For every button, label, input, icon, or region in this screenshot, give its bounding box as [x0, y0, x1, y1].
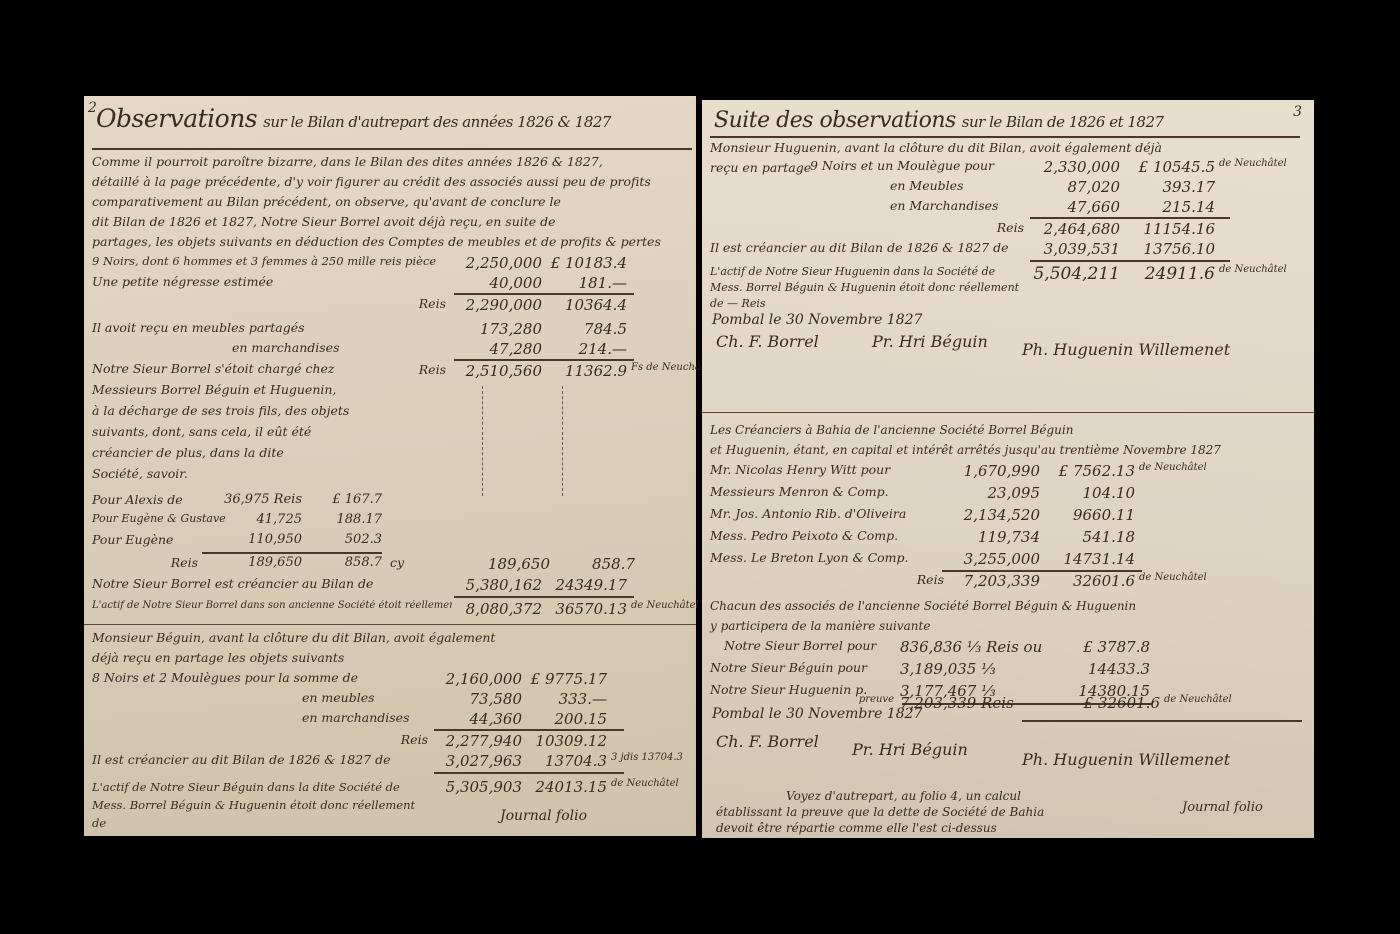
- text-line: Messieurs Borrel Béguin et Huguenin,: [92, 379, 362, 400]
- text-line: Chacun des associés de l'ancienne Sociét…: [710, 596, 1310, 616]
- reis-value: 1,670,990: [950, 462, 1040, 480]
- row-label: Il est créancier au dit Bilan de 1826 & …: [710, 240, 1030, 258]
- creditor-name: Mr. Nicolas Henry Witt pour: [710, 462, 950, 480]
- dotted-guide: [482, 386, 483, 496]
- reis-value: 36,975 Reis: [202, 492, 302, 507]
- ledger-total-row: Reis 2,290,000 10364.4: [92, 296, 627, 314]
- row-label: Reis: [92, 732, 432, 750]
- reis-value: 73,580: [432, 690, 522, 708]
- livres-value: 10309.12: [522, 732, 607, 750]
- sum-rule: [454, 359, 634, 361]
- livres-value: 393.17: [1120, 178, 1215, 196]
- livres-value: 14731.14: [1040, 550, 1135, 568]
- row-label: 9 Noirs et un Moulègue pour: [710, 158, 1030, 176]
- reis-value: 87,020: [1030, 178, 1120, 196]
- text-line: y participera de la manière suivante: [710, 616, 1310, 636]
- reis-value: 2,277,940: [432, 732, 522, 750]
- ledger-total-row: Reis 2,464,680 11154.16: [710, 220, 1215, 238]
- reis-value: 40,000: [452, 274, 542, 292]
- row-label: Reis: [92, 296, 452, 314]
- reis-value: 2,330,000: [1030, 158, 1120, 176]
- text-line: déjà reçu en partage les objets suivants: [92, 648, 692, 668]
- livres-value: 10364.4: [542, 296, 627, 314]
- reis-value: 2,134,520: [950, 506, 1040, 524]
- livres-value: 24911.6: [1120, 264, 1215, 312]
- proof-label: preuve: [710, 694, 900, 712]
- row-label: Reis: [92, 555, 202, 573]
- text-line: comparativement au Bilan précédent, on o…: [92, 192, 692, 212]
- ledger-row: Pour Eugène & Gustave 41,725 188.17: [92, 512, 382, 527]
- creditor-name: Mess. Le Breton Lyon & Comp.: [710, 550, 950, 568]
- row-label: Il avoit reçu en meubles partagés: [92, 320, 452, 338]
- text-line: Les Créanciers à Bahia de l'ancienne Soc…: [710, 420, 1310, 440]
- livres-value: £ 3787.8: [1050, 638, 1150, 656]
- page-title: Suite des observationssur le Bilan de 18…: [714, 108, 1164, 133]
- row-label: L'actif de Notre Sieur Béguin dans la di…: [92, 778, 432, 832]
- ledger-row: Une petite négresse estimée 40,000 181.—: [92, 274, 627, 292]
- section-divider: [702, 412, 1314, 413]
- livres-value: 36570.13: [542, 600, 627, 618]
- associate-name: Notre Sieur Béguin pour: [710, 660, 900, 678]
- livres-value: £ 7562.13: [1040, 462, 1135, 480]
- text-line: devoit être répartie comme elle l'est ci…: [716, 820, 1176, 836]
- livres-value: £ 9775.17: [522, 670, 607, 688]
- reis-value: 41,725: [202, 512, 302, 527]
- ledger-row: Pour Eugène 110,950 502.3: [92, 532, 382, 547]
- signature-beguin: Pr. Hri Béguin: [852, 740, 968, 759]
- page-number: 3: [1293, 104, 1302, 120]
- ledger-total-row: L'actif de Notre Sieur Béguin dans la di…: [92, 778, 679, 832]
- place-date: Pombal le 30 Novembre 1827: [712, 310, 922, 330]
- reis-value: 8,080,372: [452, 600, 542, 618]
- livres-value: 784.5: [542, 320, 627, 338]
- journal-folio-note: Journal folio: [500, 808, 587, 824]
- right-manuscript-page: 3 Suite des observationssur le Bilan de …: [702, 100, 1314, 838]
- text-line: partages, les objets suivants en déducti…: [92, 232, 692, 252]
- reis-value: 23,095: [950, 484, 1040, 502]
- sum-rule: [454, 596, 634, 598]
- ledger-row: Il avoit reçu en meubles partagés 173,28…: [92, 320, 627, 338]
- row-label: en Meubles: [710, 178, 1030, 196]
- reis-value: 2,250,000: [452, 254, 542, 272]
- ledger-row: en meubles 73,580 333.—: [92, 690, 607, 708]
- livres-value: 13756.10: [1120, 240, 1215, 258]
- reis-value: 7,203,339 Reis: [900, 694, 1050, 712]
- reis-value: 189,650: [202, 555, 302, 573]
- livres-value: £ 32601.6: [1050, 694, 1160, 712]
- page-title: Observationssur le Bilan d'autrepart des…: [96, 104, 611, 133]
- row-label: Pour Eugène: [92, 532, 202, 547]
- closing-note: Voyez d'autrepart, au folio 4, un calcul…: [716, 788, 1176, 836]
- beguin-intro: Monsieur Béguin, avant la clôture du dit…: [92, 628, 692, 668]
- signature-borrel: Ch. F. Borrel: [716, 732, 819, 751]
- reis-value: 2,290,000: [452, 296, 542, 314]
- row-label: 8 Noirs et 2 Moulègues pour la somme de: [92, 670, 432, 688]
- ledger-row: en marchandises 47,280 214.—: [92, 340, 627, 358]
- title-sub: sur le Bilan de 1826 et 1827: [962, 113, 1164, 131]
- text-line: Monsieur Béguin, avant la clôture du dit…: [92, 628, 692, 648]
- text-line: dit Bilan de 1826 et 1827, Notre Sieur B…: [92, 212, 692, 232]
- reis-value: 3,189,035 ⅓: [900, 660, 1050, 678]
- livres-value: 9660.11: [1040, 506, 1135, 524]
- reis-value: 3,027,963: [432, 752, 522, 770]
- currency-note: de Neuchâtel: [1219, 264, 1287, 312]
- livres-value: 214.—: [542, 340, 627, 358]
- text-line: Voyez d'autrepart, au folio 4, un calcul: [716, 788, 1176, 804]
- carry-label: cy: [382, 555, 460, 573]
- ledger-row: Pour Alexis de 36,975 Reis £ 167.7: [92, 492, 382, 507]
- text-line: Société, savoir.: [92, 463, 362, 484]
- reis-value: 5,504,211: [1030, 264, 1120, 312]
- livres-value: 333.—: [522, 690, 607, 708]
- row-label: en marchandises: [92, 340, 452, 358]
- title-main: Suite des observations: [714, 108, 956, 133]
- sum-rule: [434, 729, 624, 731]
- currency-note: de Neuchâtel: [1164, 694, 1232, 712]
- creditor-row: Mr. Nicolas Henry Witt pour 1,670,990 £ …: [710, 462, 1207, 480]
- dotted-guide: [562, 386, 563, 496]
- row-label: Notre Sieur Borrel est créancier au Bila…: [92, 576, 452, 594]
- livres-value: 858.7: [302, 555, 382, 573]
- row-label: Reis: [710, 572, 950, 590]
- reis-value: 3,255,000: [950, 550, 1040, 568]
- row-label: L'actif de Notre Sieur Huguenin dans la …: [710, 264, 1030, 312]
- creditor-row: Messieurs Menron & Comp. 23,095 104.10: [710, 484, 1135, 502]
- intro-paragraph: Comme il pourroit paroître bizarre, dans…: [92, 152, 692, 252]
- correction-note: 3 jdis 13704.3: [611, 752, 683, 770]
- creditor-row: Mess. Pedro Peixoto & Comp. 119,734 541.…: [710, 528, 1135, 546]
- associates-intro: Chacun des associés de l'ancienne Sociét…: [710, 596, 1310, 636]
- divider: [92, 148, 692, 150]
- text-line: suivants, dont, sans cela, il eût été: [92, 421, 362, 442]
- reis-value: 2,160,000: [432, 670, 522, 688]
- ledger-row: Il est créancier au dit Bilan de 1826 & …: [92, 752, 683, 770]
- reis-value: 2,464,680: [1030, 220, 1120, 238]
- reis-value: 110,950: [202, 532, 302, 547]
- text-line: à la décharge de ses trois fils, des obj…: [92, 400, 362, 421]
- signature-huguenin: Ph. Huguenin Willemenet: [1022, 340, 1230, 359]
- row-label: en Marchandises: [710, 198, 1030, 216]
- ledger-row: 9 Noirs, dont 6 hommes et 3 femmes à 250…: [92, 254, 627, 272]
- currency-note: de Neuchâtel: [631, 600, 699, 618]
- row-label: Une petite négresse estimée: [92, 274, 452, 292]
- reis-value: 47,280: [452, 340, 542, 358]
- associate-row: Notre Sieur Borrel pour 836,836 ⅓ Reis o…: [710, 638, 1150, 656]
- ledger-row: Notre Sieur Borrel est créancier au Bila…: [92, 576, 627, 594]
- ledger-total-row: L'actif de Notre Sieur Borrel dans son a…: [92, 600, 699, 618]
- reis-value: 2,510,560: [452, 362, 542, 380]
- reis-value: 173,280: [452, 320, 542, 338]
- text-line: créancier de plus, dans la dite: [92, 442, 362, 463]
- livres-value: 104.10: [1040, 484, 1135, 502]
- row-label: en meubles: [92, 690, 432, 708]
- carry-livres-value: 858.7: [550, 555, 635, 573]
- sum-rule: [1022, 720, 1302, 722]
- livres-value: 200.15: [522, 710, 607, 728]
- sum-rule: [1030, 217, 1230, 219]
- sum-rule: [1030, 260, 1230, 262]
- livres-value: 541.18: [1040, 528, 1135, 546]
- journal-folio-note: Journal folio: [1182, 800, 1263, 815]
- row-label: Pour Alexis de: [92, 492, 202, 507]
- ledger-total-row: Reis 189,650 858.7 cy 189,650 858.7: [92, 555, 635, 573]
- ledger-row: en Marchandises 47,660 215.14: [710, 198, 1215, 216]
- reis-value: 47,660: [1030, 198, 1120, 216]
- creditor-name: Mess. Pedro Peixoto & Comp.: [710, 528, 950, 546]
- reis-value: 3,039,531: [1030, 240, 1120, 258]
- livres-value: 11362.9: [542, 362, 627, 380]
- reis-value: 5,380,162: [452, 576, 542, 594]
- creditors-intro: Les Créanciers à Bahia de l'ancienne Soc…: [710, 420, 1310, 460]
- ledger-row: en marchandises 44,360 200.15: [92, 710, 607, 728]
- ledger-row: en Meubles 87,020 393.17: [710, 178, 1215, 196]
- carry-reis-value: 189,650: [460, 555, 550, 573]
- ledger-row: 8 Noirs et 2 Moulègues pour la somme de …: [92, 670, 607, 688]
- proof-total-row: preuve 7,203,339 Reis £ 32601.6 de Neuch…: [710, 694, 1232, 712]
- title-main: Observations: [96, 104, 257, 133]
- reis-value: 836,836 ⅓ Reis ou: [900, 638, 1050, 656]
- text-line: Comme il pourroit paroître bizarre, dans…: [92, 152, 692, 172]
- currency-note: de Neuchâtel: [611, 778, 679, 832]
- row-label: Il est créancier au dit Bilan de 1826 & …: [92, 752, 432, 770]
- livres-value: £ 10183.4: [542, 254, 627, 272]
- borrel-paragraph: Notre Sieur Borrel s'étoit chargé chez M…: [92, 358, 362, 484]
- livres-value: 24349.17: [542, 576, 627, 594]
- creditor-name: Messieurs Menron & Comp.: [710, 484, 950, 502]
- creditor-total-row: Reis 7,203,339 32601.6 de Neuchâtel: [710, 572, 1207, 590]
- text-line: détaillé à la page précédente, d'y voir …: [92, 172, 692, 192]
- livres-value: 13704.3: [522, 752, 607, 770]
- text-line: et Huguenin, étant, en capital et intérê…: [710, 440, 1310, 460]
- livres-value: £ 167.7: [302, 492, 382, 507]
- reis-value: 44,360: [432, 710, 522, 728]
- signature-beguin: Pr. Hri Béguin: [872, 332, 988, 351]
- associate-name: Notre Sieur Borrel pour: [710, 638, 900, 656]
- currency-note: de Neuchâtel: [1139, 572, 1207, 590]
- row-label: Pour Eugène & Gustave: [92, 512, 202, 527]
- livres-value: £ 10545.5: [1120, 158, 1215, 176]
- reis-value: 7,203,339: [950, 572, 1040, 590]
- row-label: Reis: [710, 220, 1030, 238]
- ledger-total-row: L'actif de Notre Sieur Huguenin dans la …: [710, 264, 1287, 312]
- text-line: Notre Sieur Borrel s'étoit chargé chez: [92, 358, 362, 379]
- associate-row: Notre Sieur Béguin pour 3,189,035 ⅓ 1443…: [710, 660, 1150, 678]
- livres-value: 502.3: [302, 532, 382, 547]
- sum-rule: [202, 552, 382, 554]
- row-label: L'actif de Notre Sieur Borrel dans son a…: [92, 600, 452, 618]
- text-line: Monsieur Huguenin, avant la clôture du d…: [710, 138, 1310, 158]
- section-divider: [84, 624, 696, 625]
- ledger-row: Il est créancier au dit Bilan de 1826 & …: [710, 240, 1215, 258]
- row-label: 9 Noirs, dont 6 hommes et 3 femmes à 250…: [92, 254, 452, 272]
- signature-huguenin: Ph. Huguenin Willemenet: [1022, 750, 1230, 769]
- livres-value: 188.17: [302, 512, 382, 527]
- sum-rule: [454, 293, 634, 295]
- signature-borrel: Ch. F. Borrel: [716, 332, 819, 351]
- livres-value: 11154.16: [1120, 220, 1215, 238]
- ledger-row: 9 Noirs et un Moulègue pour 2,330,000 £ …: [710, 158, 1287, 176]
- currency-note: de Neuchâtel: [1219, 158, 1287, 176]
- livres-value: 181.—: [542, 274, 627, 292]
- currency-note: de Neuchâtel: [1139, 462, 1207, 480]
- reis-value: 119,734: [950, 528, 1040, 546]
- text-line: établissant la preuve que la dette de So…: [716, 804, 1176, 820]
- livres-value: 14433.3: [1050, 660, 1150, 678]
- sum-rule: [434, 772, 624, 774]
- creditor-row: Mr. Jos. Antonio Rib. d'Oliveira 2,134,5…: [710, 506, 1135, 524]
- creditor-name: Mr. Jos. Antonio Rib. d'Oliveira: [710, 506, 950, 524]
- livres-value: 32601.6: [1040, 572, 1135, 590]
- row-label: en marchandises: [92, 710, 432, 728]
- creditor-row: Mess. Le Breton Lyon & Comp. 3,255,000 1…: [710, 550, 1135, 568]
- ledger-total-row: Reis 2,277,940 10309.12: [92, 732, 607, 750]
- title-sub: sur le Bilan d'autrepart des années 1826…: [263, 113, 611, 131]
- left-manuscript-page: 2 Observationssur le Bilan d'autrepart d…: [84, 96, 696, 836]
- livres-value: 215.14: [1120, 198, 1215, 216]
